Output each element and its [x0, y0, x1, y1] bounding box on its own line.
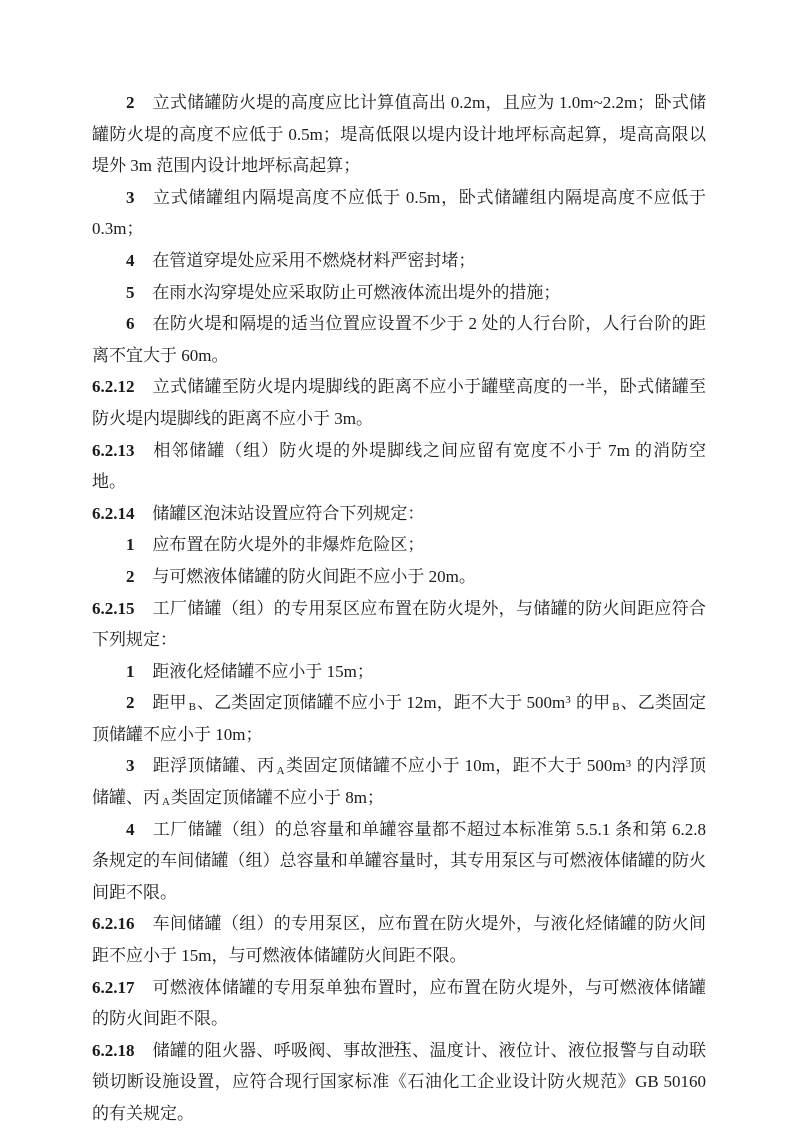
clause-6-2-13: 6.2.13相邻储罐（组）防火堤的外堤脚线之间应留有宽度不小于 7m 的消防空地… [92, 435, 706, 498]
text-run: 应布置在防火堤外的非爆炸危险区； [152, 535, 424, 554]
text-run: 立式储罐至防火堤内堤脚线的距离不应小于罐壁高度的一半，卧式储罐至防火堤内堤脚线的… [92, 377, 706, 428]
clause-6-2-16: 6.2.16车间储罐（组）的专用泵区，应布置在防火堤外，与液化烃储罐的防火间距不… [92, 908, 706, 971]
subscript-text: B [189, 701, 196, 713]
text-run: 相邻储罐（组）防火堤的外堤脚线之间应留有宽度不小于 7m 的消防空地。 [92, 441, 706, 492]
clause-6-2-12: 6.2.12立式储罐至防火堤内堤脚线的距离不应小于罐壁高度的一半，卧式储罐至防火… [92, 371, 706, 434]
clause-number: 6.2.12 [92, 377, 135, 396]
text-run: 可燃液体储罐的专用泵单独布置时，应布置在防火堤外，与可燃液体储罐的防火间距不限。 [92, 978, 706, 1029]
item-number: 4 [126, 820, 135, 839]
list-item-1: 1应布置在防火堤外的非爆炸危险区； [92, 529, 706, 561]
text-run: 车间储罐（组）的专用泵区，应布置在防火堤外，与液化烃储罐的防火间距不应小于 15… [92, 914, 706, 965]
item-number: 6 [126, 314, 135, 333]
subscript-text: A [162, 796, 170, 808]
list-item-4: 4在管道穿堤处应采用不燃烧材料严密封堵； [92, 245, 706, 277]
item-number: 2 [126, 567, 135, 586]
page-number: 23 [0, 1038, 800, 1054]
text-run: 工厂储罐（组）的专用泵区应布置在防火堤外，与储罐的防火间距应符合下列规定： [92, 599, 706, 650]
list-item-5: 5在雨水沟穿堤处应采取防止可燃液体流出堤外的措施； [92, 277, 706, 309]
superscript-text: 3 [565, 694, 571, 706]
clause-number: 6.2.16 [92, 914, 135, 933]
clause-6-2-14: 6.2.14储罐区泡沫站设置应符合下列规定： [92, 498, 706, 530]
text-run: 在雨水沟穿堤处应采取防止可燃液体流出堤外的措施； [152, 283, 560, 302]
document-page: 2立式储罐防火堤的高度应比计算值高出 0.2m，且应为 1.0m~2.2m；卧式… [0, 0, 800, 1131]
item-number: 2 [126, 93, 135, 112]
text-run: 类固定顶储罐不应小于 8m； [171, 788, 384, 807]
text-run: 在管道穿堤处应采用不燃烧材料严密封堵； [152, 251, 475, 270]
text-run: 在防火堤和隔堤的适当位置应设置不少于 2 处的人行台阶，人行台阶的距离不宜大于 … [92, 314, 706, 365]
subscript-text: A [277, 765, 285, 777]
document-body: 2立式储罐防火堤的高度应比计算值高出 0.2m，且应为 1.0m~2.2m；卧式… [92, 87, 706, 1130]
text-run: 工厂储罐（组）的总容量和单罐容量都不超过本标准第 5.5.1 条和第 6.2.8… [92, 820, 706, 902]
list-item-1: 1距液化烃储罐不应小于 15m； [92, 656, 706, 688]
text-run: 立式储罐组内隔堤高度不应低于 0.5m，卧式储罐组内隔堤高度不应低于 0.3m； [92, 188, 706, 239]
list-item-3: 3立式储罐组内隔堤高度不应低于 0.5m，卧式储罐组内隔堤高度不应低于 0.3m… [92, 182, 706, 245]
item-number: 1 [126, 535, 135, 554]
list-item-2: 2与可燃液体储罐的防火间距不应小于 20m。 [92, 561, 706, 593]
list-item-4: 4工厂储罐（组）的总容量和单罐容量都不超过本标准第 5.5.1 条和第 6.2.… [92, 814, 706, 909]
superscript-text: 3 [626, 758, 632, 770]
clause-number: 6.2.15 [92, 599, 135, 618]
text-run: 的甲 [572, 693, 611, 712]
item-number: 1 [126, 662, 135, 681]
item-number: 3 [126, 188, 135, 207]
text-run: 距液化烃储罐不应小于 15m； [152, 662, 373, 681]
text-run: 储罐区泡沫站设置应符合下列规定： [152, 504, 424, 523]
clause-6-2-17: 6.2.17可燃液体储罐的专用泵单独布置时，应布置在防火堤外，与可燃液体储罐的防… [92, 972, 706, 1035]
list-item-6: 6在防火堤和隔堤的适当位置应设置不少于 2 处的人行台阶，人行台阶的距离不宜大于… [92, 308, 706, 371]
text-run: 立式储罐防火堤的高度应比计算值高出 0.2m，且应为 1.0m~2.2m；卧式储… [92, 93, 706, 175]
item-number: 5 [126, 283, 135, 302]
item-number: 2 [126, 693, 135, 712]
text-run: 距浮顶储罐、丙 [152, 756, 274, 775]
clause-6-2-15: 6.2.15工厂储罐（组）的专用泵区应布置在防火堤外，与储罐的防火间距应符合下列… [92, 593, 706, 656]
text-run: 距甲 [152, 693, 186, 712]
clause-number: 6.2.14 [92, 504, 135, 523]
item-number: 3 [126, 756, 135, 775]
clause-number: 6.2.13 [92, 441, 135, 460]
subscript-text: B [612, 701, 619, 713]
list-item-3: 3距浮顶储罐、丙A类固定顶储罐不应小于 10m，距不大于 500m3 的内浮顶储… [92, 750, 706, 813]
text-run: 与可燃液体储罐的防火间距不应小于 20m。 [152, 567, 475, 586]
list-item-2: 2立式储罐防火堤的高度应比计算值高出 0.2m，且应为 1.0m~2.2m；卧式… [92, 87, 706, 182]
text-run: 、乙类固定顶储罐不应小于 12m，距不大于 500m [197, 693, 565, 712]
item-number: 4 [126, 251, 135, 270]
clause-number: 6.2.17 [92, 978, 135, 997]
text-run: 类固定顶储罐不应小于 10m，距不大于 500m [286, 756, 626, 775]
list-item-2: 2距甲B、乙类固定顶储罐不应小于 12m，距不大于 500m3 的甲B、乙类固定… [92, 687, 706, 750]
